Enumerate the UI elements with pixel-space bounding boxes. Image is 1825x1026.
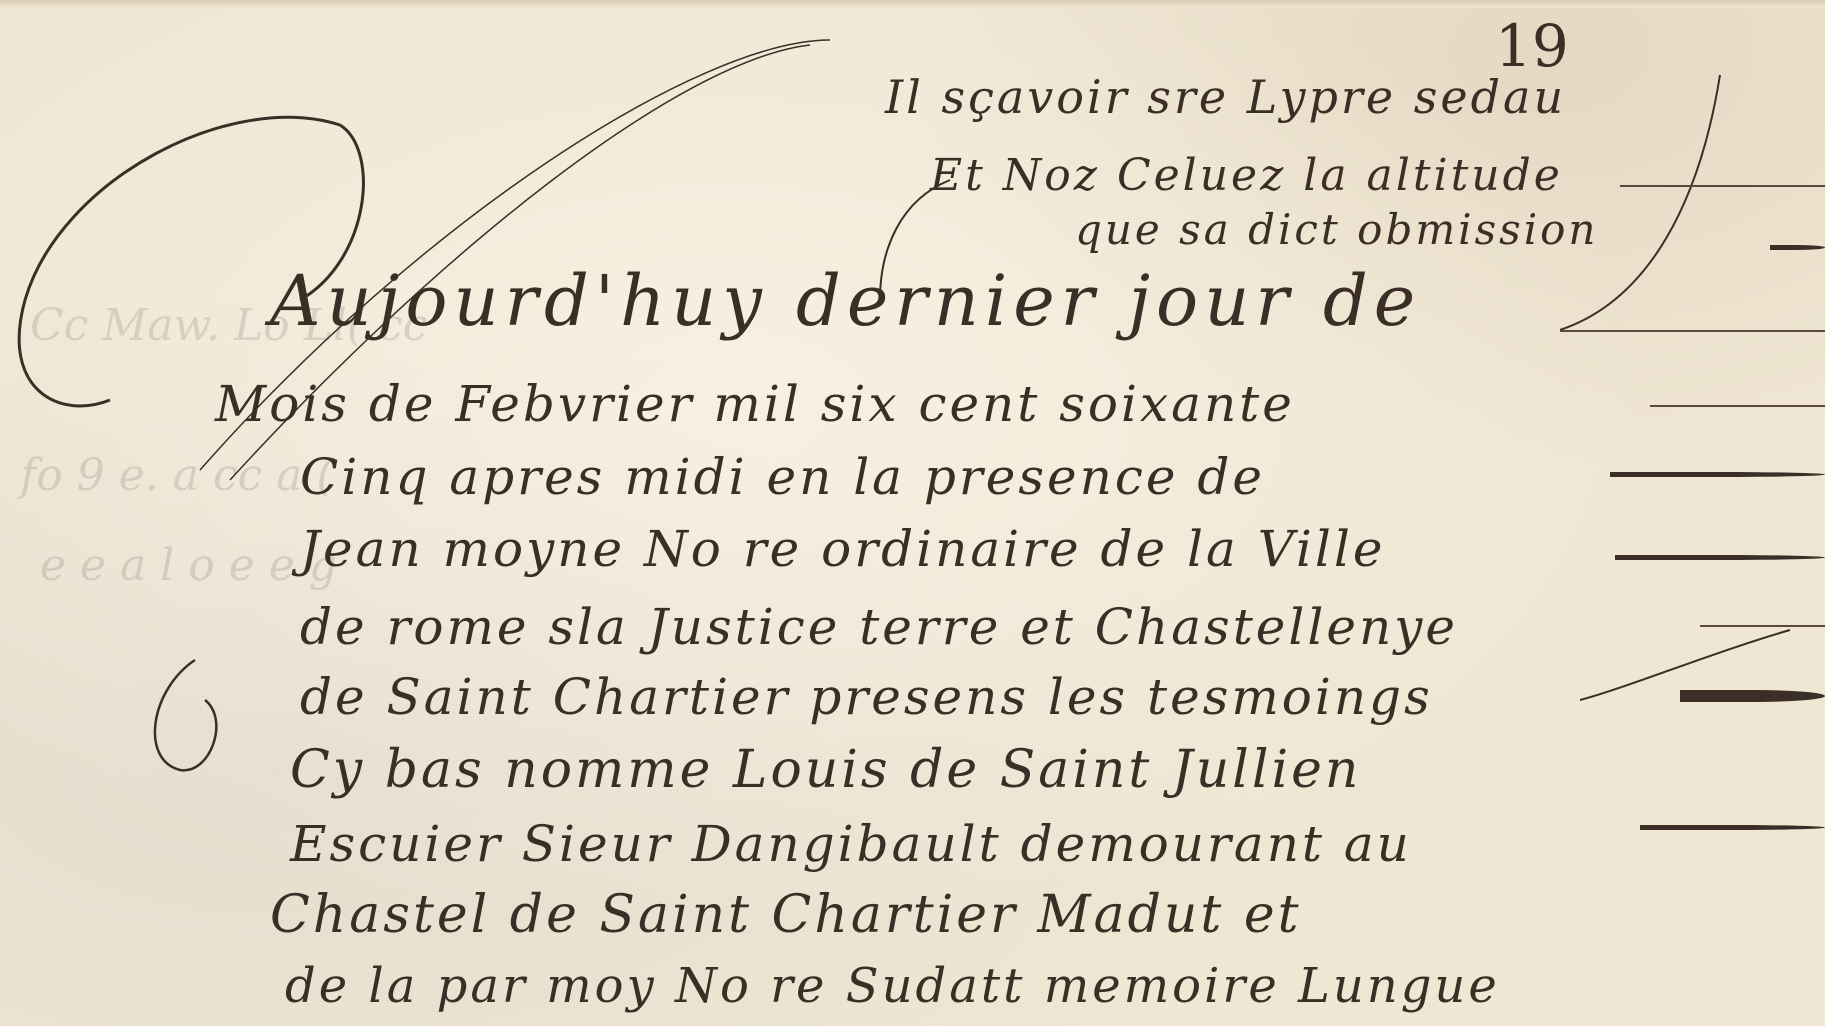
- fill-line: [1560, 330, 1825, 332]
- body-line-5: de rome sla Justice terre et Chastelleny…: [300, 598, 1458, 656]
- body-line-1: Aujourd'huy dernier jour de: [270, 260, 1421, 342]
- body-line-4: Jean moyne No re ordinaire de la Ville: [300, 520, 1385, 578]
- fill-line: [1700, 625, 1825, 627]
- fill-dash: [1610, 472, 1825, 477]
- fill-dash: [1770, 245, 1825, 250]
- body-line-3: Cinq apres midi en la presence de: [300, 448, 1265, 506]
- fill-dash: [1640, 825, 1825, 830]
- fill-dash: [1680, 690, 1825, 702]
- fill-dash: [1615, 555, 1825, 560]
- manuscript-page: Cc Maw. Lo Ll( cc fo 9 e. a cc a ( e e a…: [0, 0, 1825, 1026]
- body-line-9: Chastel de Saint Chartier Madut et: [270, 885, 1302, 945]
- margin-note-line: Et Noz Celuez la altitude: [930, 150, 1563, 201]
- body-line-7: Cy bas nomme Louis de Saint Jullien: [290, 740, 1361, 800]
- fill-line: [1650, 405, 1825, 407]
- body-line-2: Mois de Febvrier mil six cent soixante: [215, 375, 1295, 433]
- margin-note-line: que sa dict obmission: [1075, 205, 1598, 254]
- body-line-6: de Saint Chartier presens les tesmoings: [300, 668, 1433, 726]
- margin-note-line: Il sçavoir sre Lypre sedau: [885, 70, 1566, 124]
- body-line-10: de la par moy No re Sudatt memoire Lungu…: [285, 958, 1500, 1014]
- body-line-8: Escuier Sieur Dangibault demourant au: [290, 815, 1412, 873]
- fill-line: [1620, 185, 1825, 187]
